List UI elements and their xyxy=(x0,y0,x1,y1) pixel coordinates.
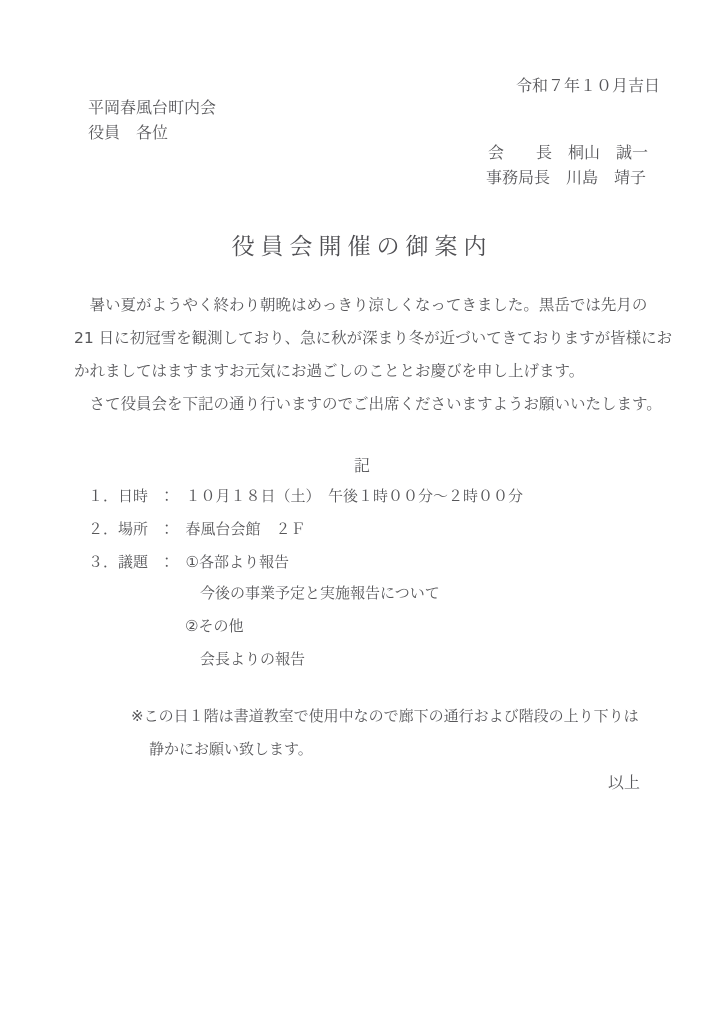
document-title: 役員会開催の御案内 xyxy=(0,228,724,261)
agenda-sub-item-2: ②その他 xyxy=(185,617,243,635)
greeting-line-3: かれましてはますますお元気にお過ごしのこととお慶びを申し上げます。 xyxy=(74,362,584,381)
greeting-line-1: 暑い夏がようやく終わり朝晩はめっきり涼しくなってきました。黒岳では先月の xyxy=(74,296,647,315)
recipient-organization: 平岡春風台町内会 xyxy=(88,98,216,117)
meeting-datetime: １．日時 ： １０月１８日（土） 午後１時００分～２時００分 xyxy=(88,487,523,505)
greeting-line-2: 21 日に初冠雪を観測しており、急に秋が深まり冬が近づいてきておりますが皆様にお xyxy=(74,329,672,348)
greeting-line-4: さて役員会を下記の通り行いますのでご出席くださいますようお願いいたします。 xyxy=(74,395,662,414)
meeting-agenda: ３．議題 ： ①各部より報告 xyxy=(88,553,289,571)
document-page: 令和７年１０月吉日 平岡春風台町内会 役員 各位 会 長 桐山 誠一 事務局長 … xyxy=(0,0,724,1024)
meeting-place: ２．場所 ： 春風台会館 ２Ｆ xyxy=(88,520,306,538)
sender-chairman: 会 長 桐山 誠一 xyxy=(488,143,648,162)
note-line-1: ※この日１階は書道教室で使用中なので廊下の通行および階段の上り下りは xyxy=(131,707,639,725)
note-line-2: 静かにお願い致します。 xyxy=(149,740,313,758)
document-date: 令和７年１０月吉日 xyxy=(516,76,660,95)
recipient-addressees: 役員 各位 xyxy=(88,123,168,142)
agenda-sub-item-1: 今後の事業予定と実施報告について xyxy=(200,584,440,602)
closing-word: 以上 xyxy=(608,773,640,792)
sender-secretary-general: 事務局長 川島 靖子 xyxy=(486,168,646,187)
record-heading: 記 xyxy=(0,453,724,476)
agenda-sub-item-3: 会長よりの報告 xyxy=(200,650,305,668)
